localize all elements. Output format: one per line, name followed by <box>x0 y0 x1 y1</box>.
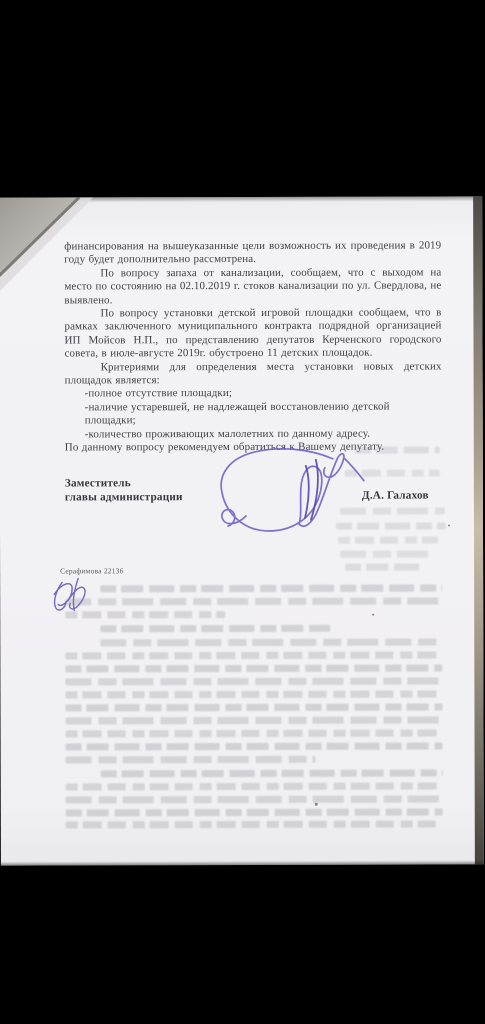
bleed-through-line <box>65 716 442 724</box>
executor-initials-signature <box>48 574 100 614</box>
bleed-through-line <box>65 611 225 618</box>
bleed-through-line <box>355 446 440 453</box>
bleed-through-line <box>100 625 330 633</box>
bleed-through-line <box>66 782 443 790</box>
scan-speck <box>315 803 318 806</box>
bleed-through-line <box>345 469 440 476</box>
paragraph: По вопросу установки детской игровой пло… <box>64 307 441 362</box>
bleed-through-line <box>65 690 442 698</box>
signatory-name: Д.А. Галахов <box>362 490 429 502</box>
bleed-through-line <box>66 742 443 750</box>
document-page: финансирования на вышеуказанные цели воз… <box>0 196 484 865</box>
bleed-through-line <box>65 664 442 672</box>
bleed-through-line <box>340 550 435 557</box>
bleed-through-line <box>66 808 443 816</box>
bleed-through-line <box>336 522 446 529</box>
paragraph: финансирования на вышеуказанные цели воз… <box>64 239 441 267</box>
bleed-through-line <box>65 703 442 711</box>
bleed-through-line <box>340 507 445 514</box>
bleed-through-line <box>66 756 316 764</box>
signatory-position-line1: Заместитель <box>65 477 131 489</box>
signatory-position-line2: главы администрации <box>65 491 183 503</box>
scan-speck <box>448 524 450 526</box>
paragraph: Критериями для определения места установ… <box>65 360 442 388</box>
bleed-through-line <box>66 795 443 803</box>
scanned-document-photo: финансирования на вышеуказанные цели воз… <box>0 0 485 1024</box>
criteria-item: -наличие устаревшей, не надлежащей восст… <box>65 400 442 428</box>
bleed-through-line <box>101 769 443 777</box>
criteria-item: -количество проживающих малолетних по да… <box>65 427 442 441</box>
bleed-through-line <box>66 729 443 737</box>
bleed-through-line <box>345 564 425 571</box>
bleed-through-line <box>100 584 442 592</box>
bleed-through-line <box>65 651 442 659</box>
bleed-through-line <box>66 820 436 828</box>
page-edge-shadow <box>473 196 484 864</box>
handwritten-signature <box>210 446 370 546</box>
bleed-through-line <box>65 677 442 685</box>
paragraph: По вопросу запаха от канализации, сообща… <box>64 266 441 307</box>
scan-speck <box>372 614 374 616</box>
bleed-through-line <box>338 536 438 543</box>
letter-body: финансирования на вышеуказанные цели воз… <box>64 239 442 454</box>
bleed-through-line <box>100 638 442 646</box>
criteria-item: -полное отсутствие площадки; <box>65 387 442 401</box>
bleed-through-line <box>65 597 442 605</box>
